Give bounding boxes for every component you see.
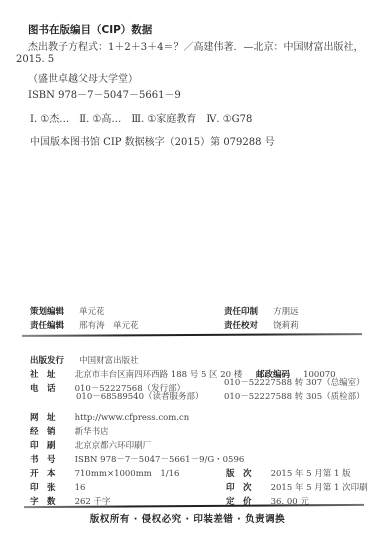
staff-responsible-editor: 责任编辑 邢有涛 单元花 [30,313,139,332]
staff-label: 责任编辑 [30,321,64,331]
cip-title: 图书在版编目（CIP）数据 [28,22,152,37]
staff-value: 邢有涛 单元花 [79,321,139,331]
staff-proofreader: 责任校对 饶莉莉 [224,313,299,332]
cip-series: （盛世卓越父母大学堂） [28,70,138,85]
phone-value-editorial: 010－52227588 转 307（总编室） [224,376,365,388]
copyright-notice: 版权所有 · 侵权必究 · 印装差错 · 负责调换 [0,511,375,525]
divider-top [22,333,362,337]
cip-isbn: ISBN 978－7－5047－5661－9 [28,86,181,101]
spec-value: 710mm×1000mm 1/16 [75,469,180,479]
phone-value-reader-service: 010－68589540（读者服务部） [76,390,204,402]
cip-date-line: 2015. 5 [16,54,54,65]
phone-value-qa: 010－52227588 转 305（质检部） [224,390,365,402]
staff-label: 责任校对 [224,321,258,331]
phone-label: 电 话 [30,384,56,394]
cip-book-title-line: 杰出教子方程式：1＋2＋3＋4＝？／高建伟著．—北京：中国财富出版社， [28,38,363,53]
cip-classification: Ⅰ. ①杰… Ⅱ. ①高… Ⅲ. ①家庭教育 Ⅳ. ①G78 [30,110,252,125]
staff-value: 饶莉莉 [273,321,299,331]
cip-library-note: 中国版本图书馆 CIP 数据核字（2015）第 079288 号 [30,133,275,148]
